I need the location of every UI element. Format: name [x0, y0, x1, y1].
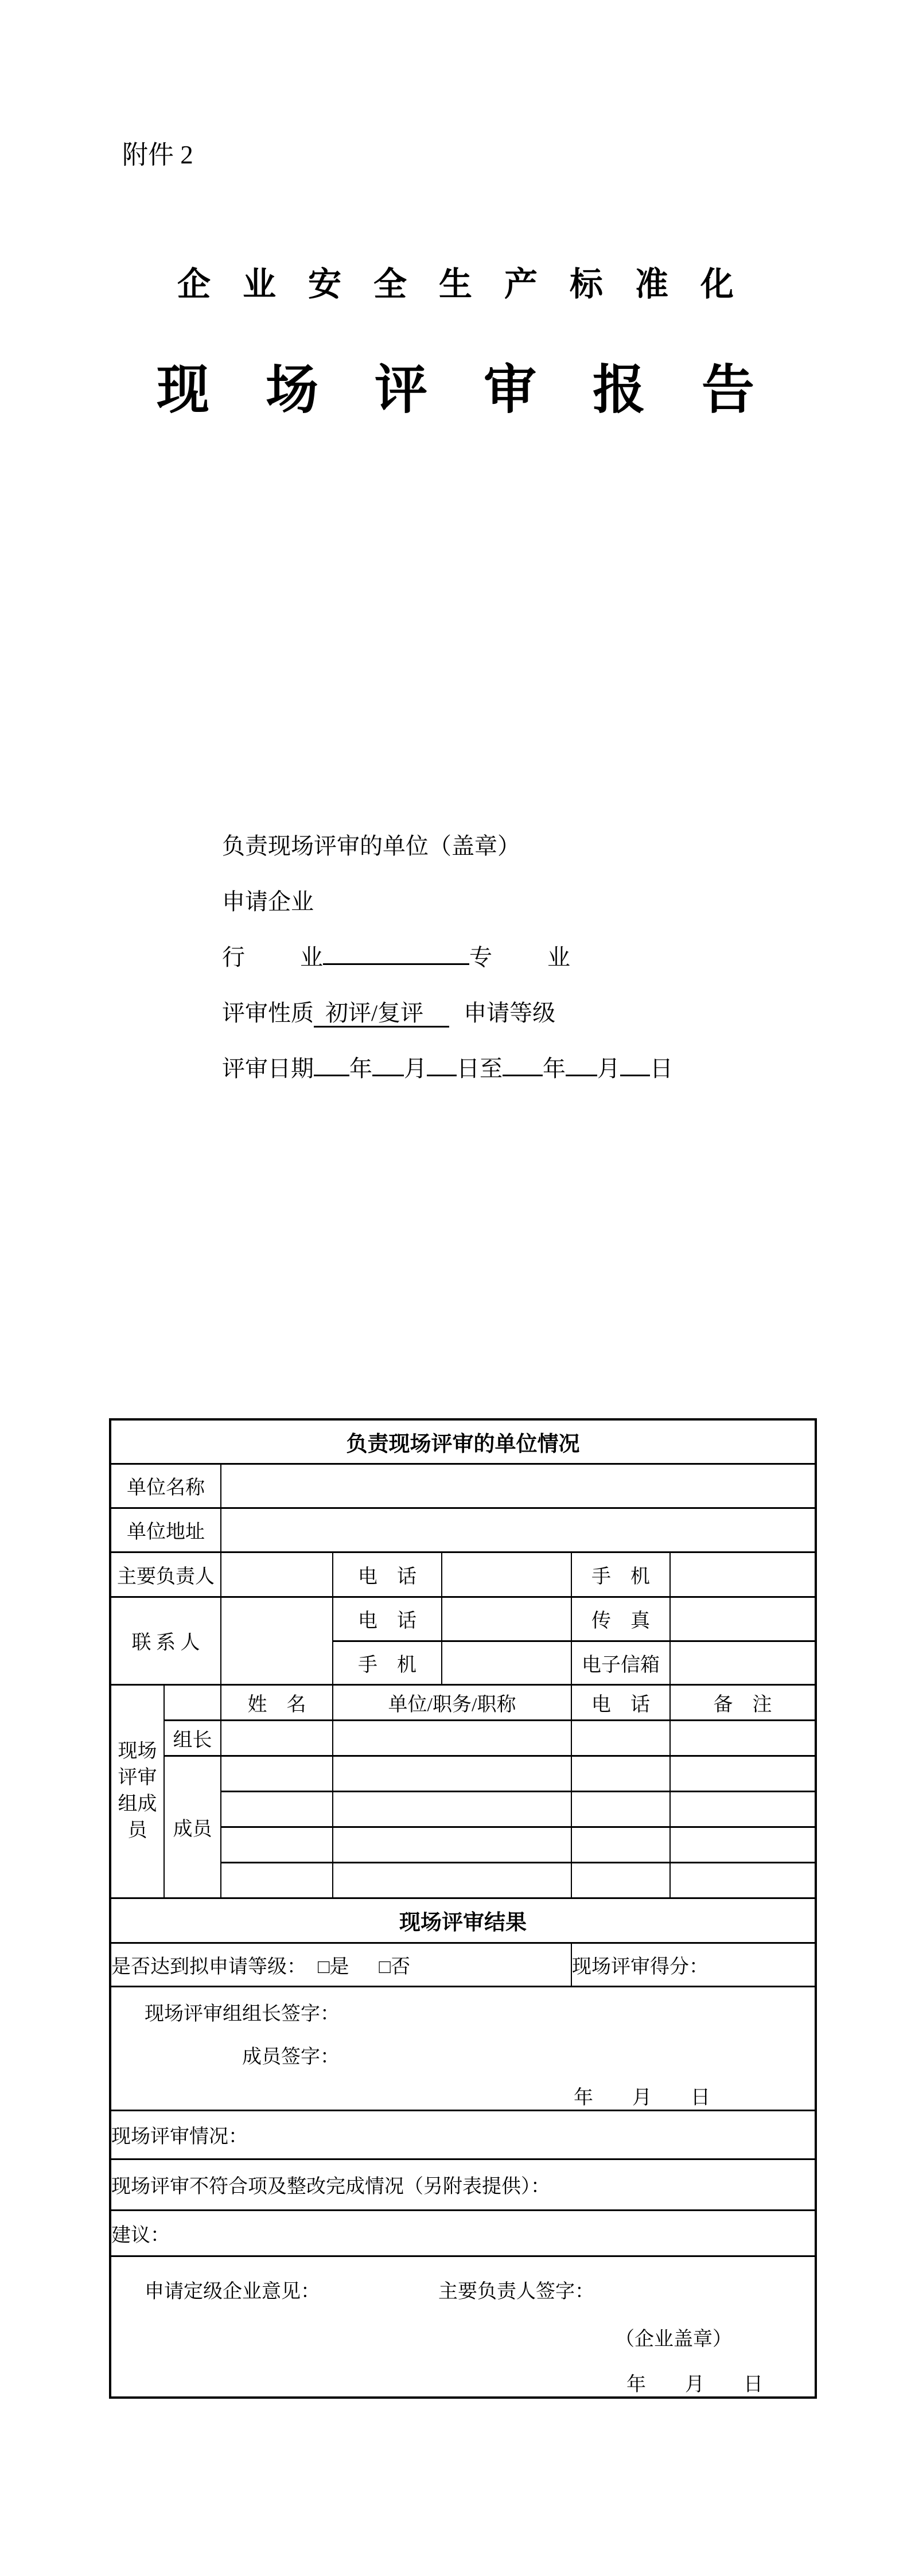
contact-phone-label: 电 话: [333, 1597, 442, 1641]
team-note-header: 备 注: [670, 1684, 816, 1720]
contact-label: 联 系 人: [110, 1597, 221, 1684]
grade-question-label: 是否达到拟申请等级：: [111, 1956, 306, 1978]
date-blank-year1[interactable]: [314, 1049, 349, 1076]
opinion-label: 申请定级企业意见：: [145, 2281, 320, 2302]
team-member-label: 成员: [164, 1756, 221, 1898]
contact-email-label: 电子信箱: [571, 1641, 670, 1684]
industry-specialty-line: 行业专业: [222, 929, 673, 985]
principal-label: 主要负责人: [110, 1552, 221, 1597]
unit-address-value[interactable]: [221, 1508, 816, 1552]
team-org-header: 单位/职务/职称: [333, 1684, 571, 1720]
review-nature-line: 评审性质初评/复评申请等级: [222, 985, 673, 1041]
leader-name-value[interactable]: [221, 1720, 333, 1756]
applicant-line: 申请企业: [222, 874, 673, 929]
review-form-table: 负责现场评审的单位情况 单位名称 单位地址 主要负责人 电 话 手 机 联 系 …: [109, 1418, 817, 2399]
unit-name-label: 单位名称: [110, 1464, 221, 1508]
member-sign-label: 成员签字：: [242, 2041, 815, 2069]
day2-label: 日: [650, 1056, 673, 1081]
specialty-label-2: 业: [547, 944, 570, 970]
cover-fields: 负责现场评审的单位（盖章） 申请企业 行业专业 评审性质初评/复评申请等级 评审…: [222, 818, 673, 1096]
results-title: 现场评审结果: [110, 1898, 816, 1943]
doc-title-line2: 现场评审报告: [0, 348, 911, 423]
leader-phone-value[interactable]: [571, 1720, 670, 1756]
date-blank-month1[interactable]: [372, 1049, 404, 1076]
contact-mobile-label: 手 机: [333, 1641, 442, 1684]
doc-title-line2-text: 现场评审报告: [157, 361, 811, 419]
team-group-label: 现场 评审 组成 员: [110, 1684, 164, 1898]
apply-grade-label: 申请等级: [464, 1000, 555, 1026]
sign-date-line: 年 月 日: [574, 2081, 815, 2110]
team-label-line2: 评审: [111, 1765, 163, 1791]
team-label-line4: 员: [111, 1818, 163, 1844]
industry-label-1: 行: [222, 944, 245, 970]
unit-address-label: 单位地址: [110, 1508, 221, 1552]
grade-question-cell: 是否达到拟申请等级：□是□否: [110, 1943, 571, 1986]
section1-title: 负责现场评审的单位情况: [110, 1419, 816, 1464]
grade-yes-checkbox[interactable]: □是: [318, 1956, 349, 1978]
member4-org-value[interactable]: [333, 1862, 571, 1898]
situation-label[interactable]: 现场评审情况：: [110, 2110, 816, 2159]
responsible-unit-line: 负责现场评审的单位（盖章）: [222, 818, 673, 874]
member3-name-value[interactable]: [221, 1827, 333, 1862]
signature-cell[interactable]: 现场评审组组长签字： 成员签字： 年 月 日: [110, 1986, 816, 2110]
month2-label: 月: [597, 1056, 620, 1081]
member1-phone-value[interactable]: [571, 1756, 670, 1791]
member4-note-value[interactable]: [670, 1862, 816, 1898]
leader-note-value[interactable]: [670, 1720, 816, 1756]
suggestion-label[interactable]: 建议：: [110, 2210, 816, 2256]
review-date-label: 评审日期: [222, 1056, 314, 1081]
member1-name-value[interactable]: [221, 1756, 333, 1791]
review-nature-value[interactable]: 初评/复评: [314, 1000, 449, 1028]
review-nature-label: 评审性质: [222, 1000, 314, 1026]
attachment-label: 附件 2: [122, 141, 193, 170]
member3-phone-value[interactable]: [571, 1827, 670, 1862]
member2-name-value[interactable]: [221, 1791, 333, 1827]
team-phone-header: 电 话: [571, 1684, 670, 1720]
dayto-label: 日至: [457, 1056, 503, 1081]
team-label-line1: 现场: [111, 1738, 163, 1765]
month1-label: 月: [404, 1056, 427, 1081]
date-blank-year2[interactable]: [503, 1049, 543, 1076]
industry-blank[interactable]: [323, 938, 469, 965]
date-blank-day2[interactable]: [620, 1049, 650, 1076]
team-leader-label: 组长: [164, 1720, 221, 1756]
opinion-line: 申请定级企业意见：主要负责人签字：: [145, 2275, 815, 2303]
principal-sign-label: 主要负责人签字：: [438, 2281, 594, 2302]
contact-value[interactable]: [221, 1597, 333, 1684]
principal-phone-label: 电 话: [333, 1552, 442, 1597]
principal-mobile-value[interactable]: [670, 1552, 816, 1597]
member3-note-value[interactable]: [670, 1827, 816, 1862]
document-page: 附件 2 企业安全生产标准化 现场评审报告 负责现场评审的单位（盖章） 申请企业…: [0, 0, 911, 2576]
unit-name-value[interactable]: [221, 1464, 816, 1508]
member2-org-value[interactable]: [333, 1791, 571, 1827]
year2-label: 年: [543, 1056, 566, 1081]
score-label: 现场评审得分：: [571, 1943, 816, 1986]
company-seal-label: （企业盖章）: [615, 2323, 815, 2351]
contact-mobile-value[interactable]: [442, 1641, 571, 1684]
member2-phone-value[interactable]: [571, 1791, 670, 1827]
member1-note-value[interactable]: [670, 1756, 816, 1791]
principal-value[interactable]: [221, 1552, 333, 1597]
leader-sign-label: 现场评审组组长签字：: [145, 1998, 815, 2026]
member1-org-value[interactable]: [333, 1756, 571, 1791]
contact-email-value[interactable]: [670, 1641, 816, 1684]
date-blank-day1[interactable]: [427, 1049, 457, 1076]
team-name-header: 姓 名: [221, 1684, 333, 1720]
principal-phone-value[interactable]: [442, 1552, 571, 1597]
team-role-header-cell: [164, 1684, 221, 1720]
spacer: [245, 959, 300, 965]
principal-mobile-label: 手 机: [571, 1552, 670, 1597]
nonconformity-label[interactable]: 现场评审不符合项及整改完成情况（另附表提供）：: [110, 2159, 816, 2210]
enterprise-opinion-cell[interactable]: 申请定级企业意见：主要负责人签字： （企业盖章） 年 月 日: [110, 2256, 816, 2398]
grade-no-checkbox[interactable]: □否: [379, 1956, 411, 1978]
review-date-line: 评审日期年月日至年月日: [222, 1041, 673, 1096]
leader-org-value[interactable]: [333, 1720, 571, 1756]
contact-phone-value[interactable]: [442, 1597, 571, 1641]
specialty-label-1: 专: [469, 944, 492, 970]
member4-name-value[interactable]: [221, 1862, 333, 1898]
doc-title-line1: 企业安全生产标准化: [0, 257, 911, 305]
year1-label: 年: [349, 1056, 372, 1081]
member3-org-value[interactable]: [333, 1827, 571, 1862]
member2-note-value[interactable]: [670, 1791, 816, 1827]
team-label-line3: 组成: [111, 1791, 163, 1818]
date-blank-month2[interactable]: [566, 1049, 597, 1076]
opinion-date-line: 年 月 日: [626, 2368, 815, 2396]
member4-phone-value[interactable]: [571, 1862, 670, 1898]
contact-fax-label: 传 真: [571, 1597, 670, 1641]
doc-title-line1-text: 企业安全生产标准化: [177, 266, 766, 303]
spacer: [492, 959, 547, 965]
contact-fax-value[interactable]: [670, 1597, 816, 1641]
industry-label-2: 业: [300, 944, 323, 970]
